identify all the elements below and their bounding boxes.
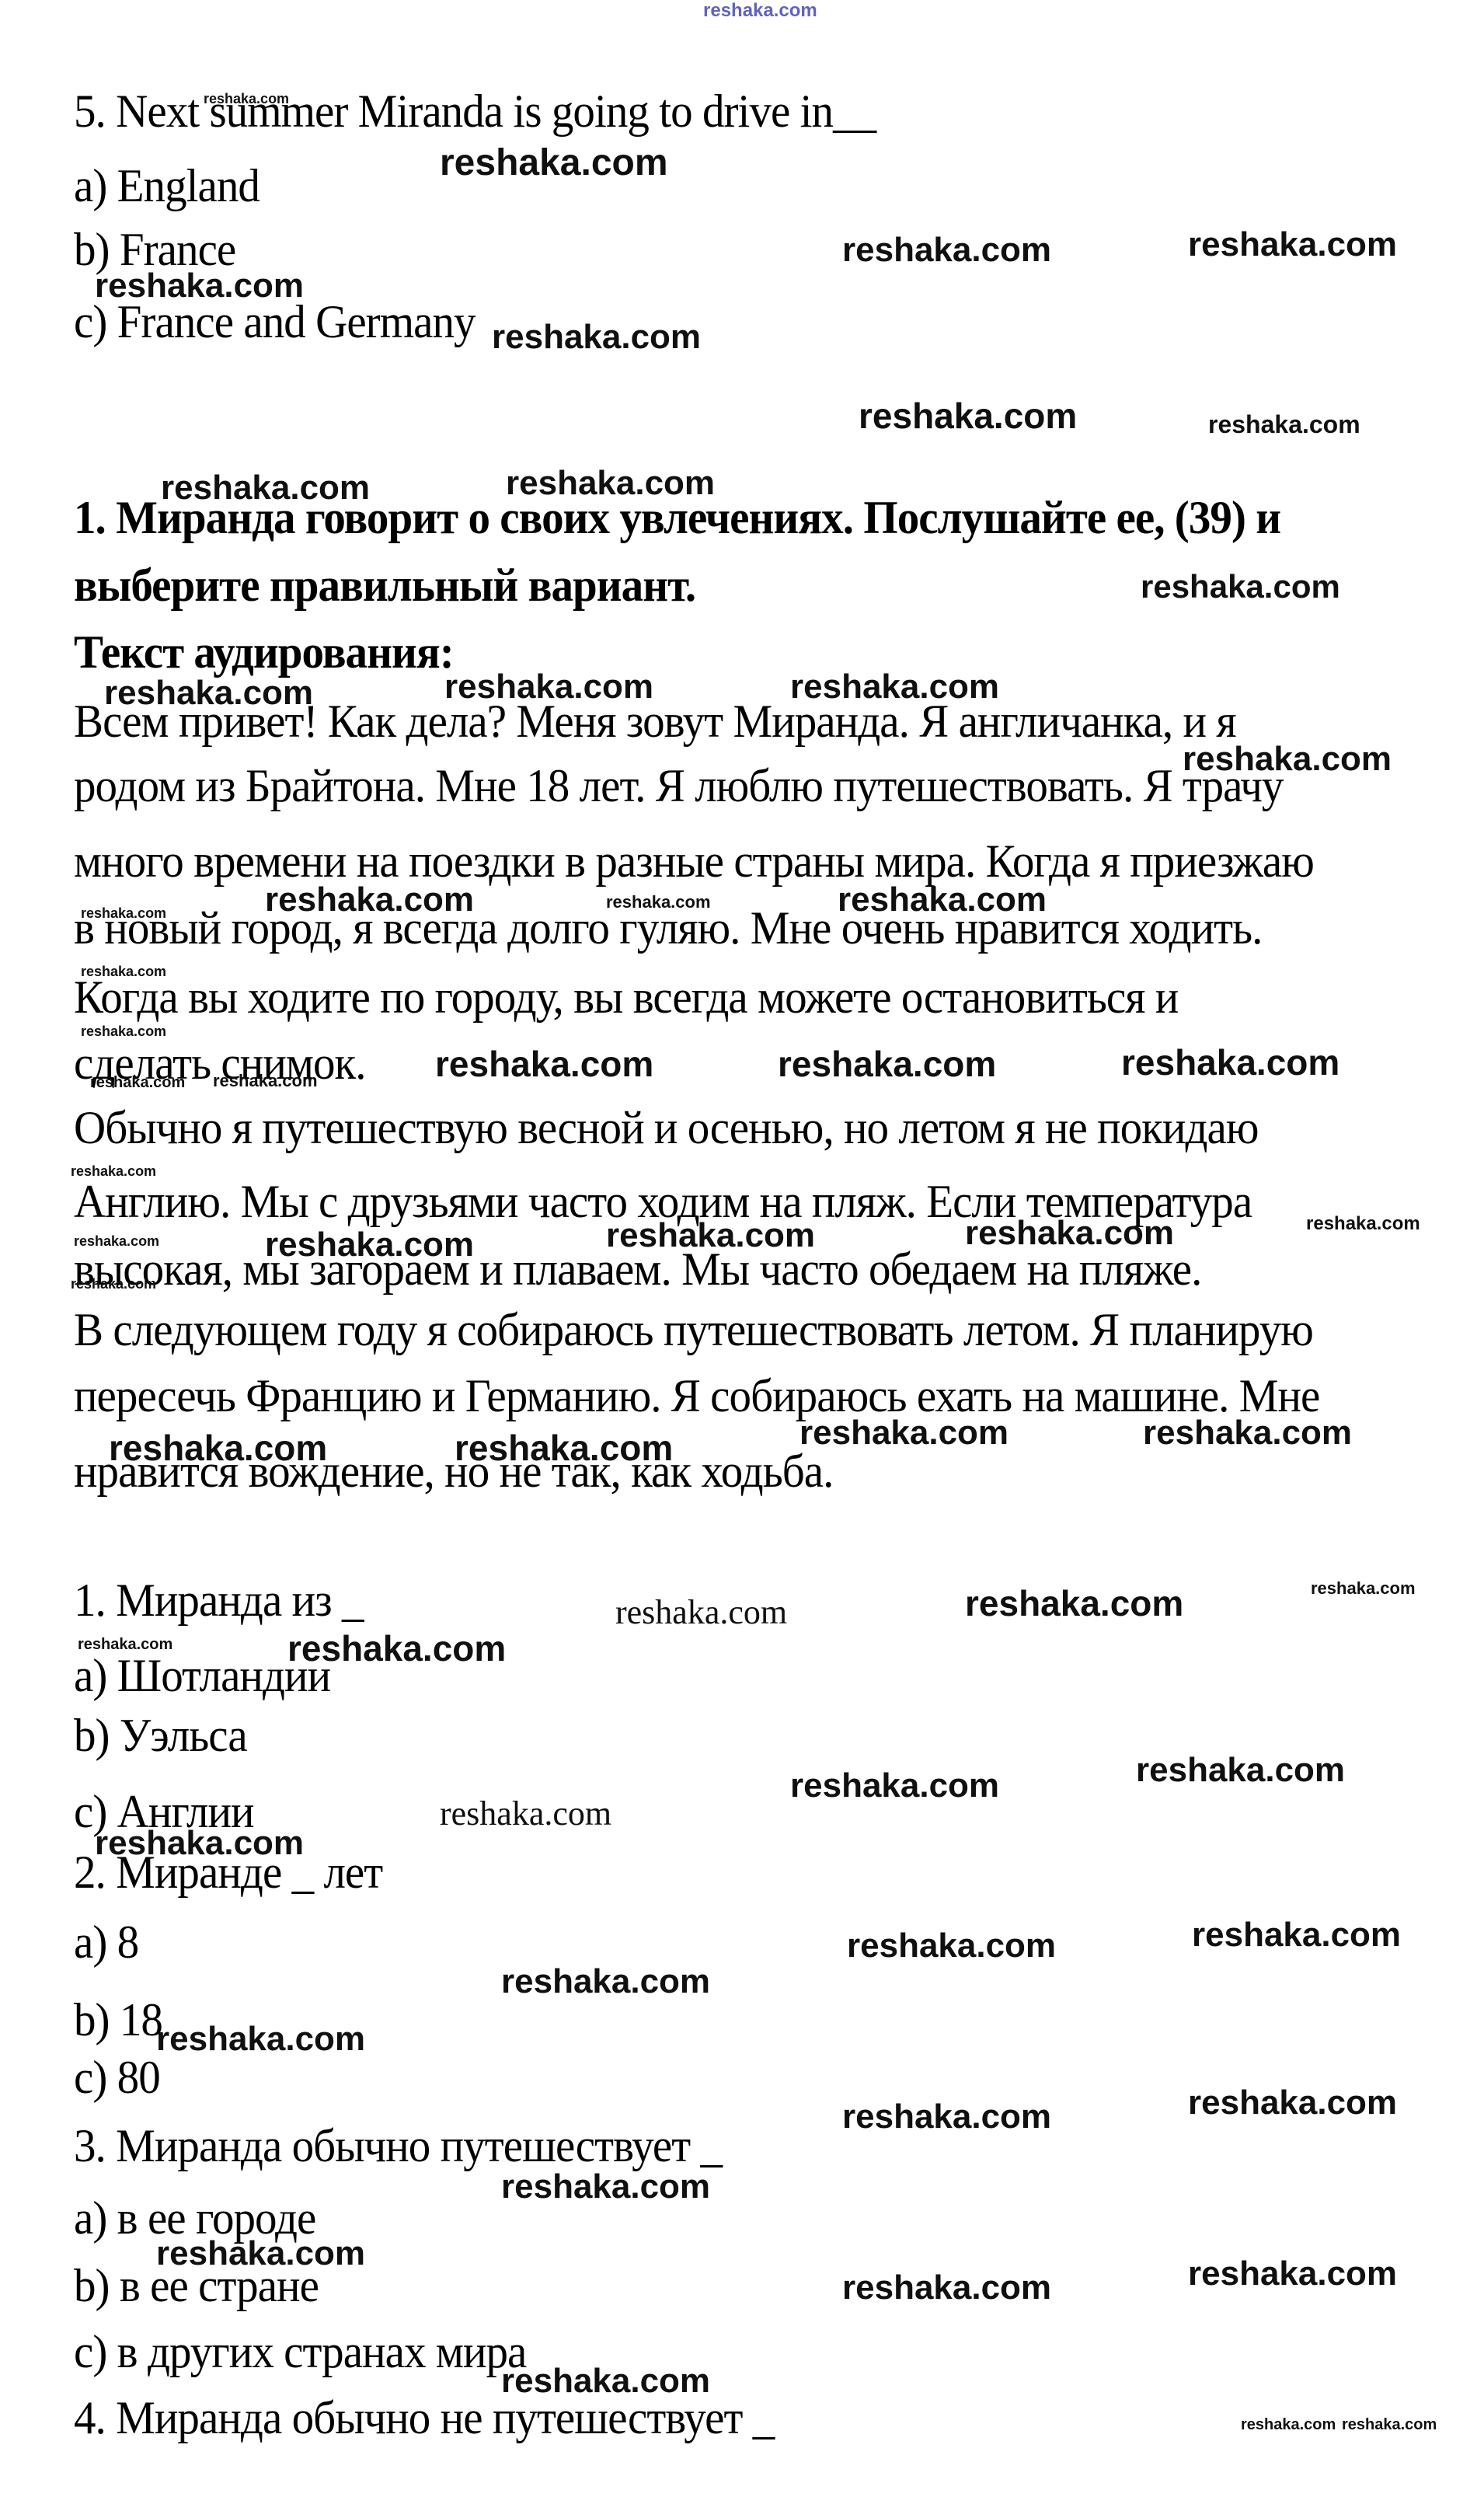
watermark-text: reshaka.com xyxy=(287,1630,506,1666)
question3-option-c: c) в других странах мира xyxy=(74,2328,526,2375)
audio-text-line-10: В следующем году я собираюсь путешествов… xyxy=(74,1306,1313,1353)
watermark-text: reshaka.com xyxy=(1241,2417,1336,2433)
watermark-text: reshaka.com xyxy=(444,670,653,704)
watermark-text: reshaka.com xyxy=(790,670,999,704)
question2-option-c: c) 80 xyxy=(74,2054,160,2101)
watermark-text: reshaka.com xyxy=(204,92,289,106)
watermark-text: reshaka.com xyxy=(71,1164,156,1178)
audio-script-label: Текст аудирования: xyxy=(74,629,454,675)
watermark-text: reshaka.com xyxy=(265,1228,474,1262)
watermark-text: reshaka.com xyxy=(78,1637,172,1652)
watermark-text: reshaka.com xyxy=(71,1277,156,1291)
audio-text-line-5: Когда вы ходите по городу, вы всегда мож… xyxy=(74,974,1178,1020)
question5-prompt: 5. Next summer Miranda is going to drive… xyxy=(74,88,876,134)
audio-text-line-3: много времени на поездки в разные страны… xyxy=(74,838,1314,884)
watermark-text: reshaka.com xyxy=(790,1769,999,1803)
watermark-text: reshaka.com xyxy=(213,1072,318,1090)
watermark-text: reshaka.com xyxy=(81,964,166,978)
watermark-text: reshaka.com xyxy=(506,466,715,500)
watermark-text: reshaka.com xyxy=(492,320,701,354)
watermark-text: reshaka.com xyxy=(606,1219,815,1253)
audio-text-line-2: родом из Брайтона. Мне 18 лет. Я люблю п… xyxy=(74,762,1283,809)
watermark-text: reshaka.com xyxy=(90,1075,185,1090)
question2-option-a: a) 8 xyxy=(74,1919,138,1965)
watermark-text: reshaka.com xyxy=(606,894,711,911)
audio-text-line-7: Обычно я путешествую весной и осенью, но… xyxy=(74,1104,1259,1151)
question5-option-a: a) England xyxy=(74,162,260,209)
watermark-text: reshaka.com xyxy=(842,233,1051,267)
watermark-text: reshaka.com xyxy=(1121,1044,1339,1080)
watermark-text: reshaka.com xyxy=(161,471,370,505)
watermark-text: reshaka.com xyxy=(965,1585,1183,1621)
watermark-text: reshaka.com xyxy=(501,1965,710,1999)
watermark-text: reshaka.com xyxy=(615,1596,787,1630)
question2-option-b: b) 18 xyxy=(74,1997,162,2043)
watermark-text: reshaka.com xyxy=(104,676,313,710)
watermark-text: reshaka.com xyxy=(1188,2086,1397,2120)
question5-option-b: b) France xyxy=(74,226,235,273)
watermark-text: reshaka.com xyxy=(501,2364,710,2398)
watermark-text: reshaka.com xyxy=(95,269,304,303)
watermark-text: reshaka.com xyxy=(156,2237,365,2271)
watermark-text: reshaka.com xyxy=(1183,742,1392,776)
watermark-text: reshaka.com xyxy=(1306,1215,1420,1233)
watermark-text: reshaka.com xyxy=(838,883,1047,917)
watermark-text: reshaka.com xyxy=(440,1797,611,1831)
watermark-text: reshaka.com xyxy=(455,1430,673,1466)
watermark-text: reshaka.com xyxy=(847,1929,1056,1963)
watermark-text: reshaka.com xyxy=(1192,1918,1401,1952)
question3-prompt: 3. Миранда обычно путешествует _ xyxy=(74,2122,722,2169)
watermark-text: reshaka.com xyxy=(859,398,1077,434)
watermark-text: reshaka.com xyxy=(1342,2417,1437,2433)
watermark-text: reshaka.com xyxy=(842,2271,1051,2305)
watermark-text: reshaka.com xyxy=(81,906,166,920)
audio-text-line-11: пересечь Францию и Германию. Я собираюсь… xyxy=(74,1372,1319,1419)
audio-text-line-4: в новый город, я всегда долго гуляю. Мне… xyxy=(74,905,1262,951)
document-page: 5. Next summer Miranda is going to drive… xyxy=(0,0,1484,2504)
watermark-text: reshaka.com xyxy=(265,883,474,917)
watermark-text: reshaka.com xyxy=(95,1826,304,1861)
question5-option-c: c) France and Germany xyxy=(74,298,476,345)
watermark-text: reshaka.com xyxy=(109,1430,327,1466)
task-heading-line2: выберите правильный вариант. xyxy=(74,562,695,609)
watermark-text: reshaka.com xyxy=(703,2,817,20)
watermark-text: reshaka.com xyxy=(799,1416,1008,1450)
watermark-text: reshaka.com xyxy=(501,2170,710,2204)
watermark-text: reshaka.com xyxy=(1136,1753,1345,1787)
watermark-text: reshaka.com xyxy=(435,1046,653,1082)
watermark-text: reshaka.com xyxy=(1188,2257,1397,2291)
watermark-text: reshaka.com xyxy=(440,145,668,182)
watermark-text: reshaka.com xyxy=(1141,570,1340,603)
watermark-text: reshaka.com xyxy=(1188,228,1397,262)
question1-prompt: 1. Миранда из _ xyxy=(74,1577,364,1623)
watermark-text: reshaka.com xyxy=(1311,1580,1416,1597)
watermark-text: reshaka.com xyxy=(842,2100,1051,2134)
watermark-text: reshaka.com xyxy=(81,1024,166,1038)
watermark-text: reshaka.com xyxy=(1143,1416,1352,1450)
question1-option-b: b) Уэльса xyxy=(74,1712,247,1759)
watermark-text: reshaka.com xyxy=(965,1216,1174,1250)
watermark-text: reshaka.com xyxy=(74,1234,159,1248)
watermark-text: reshaka.com xyxy=(156,2022,365,2056)
watermark-text: reshaka.com xyxy=(778,1046,996,1082)
watermark-text: reshaka.com xyxy=(1208,412,1360,437)
question4-prompt: 4. Миранда обычно не путешествует _ xyxy=(74,2394,774,2441)
